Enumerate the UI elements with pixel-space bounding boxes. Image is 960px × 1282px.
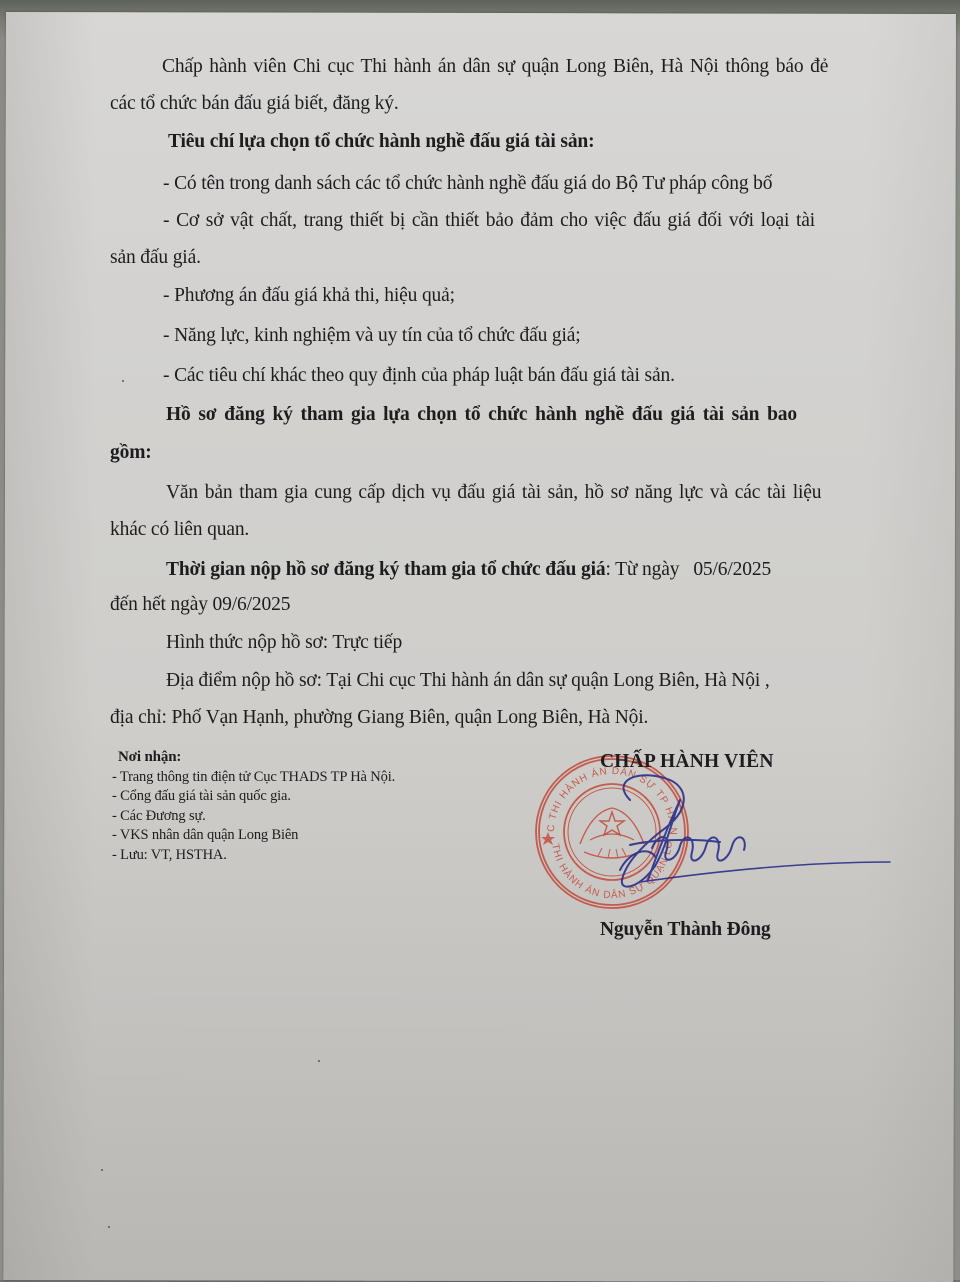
criteria-item: - Năng lực, kinh nghiệm và uy tín của tổ…: [163, 324, 581, 348]
dossier-body-line-1: Văn bản tham gia cung cấp dịch vụ đấu gi…: [166, 481, 821, 505]
document-page: Chấp hành viên Chi cục Thi hành án dân s…: [0, 0, 960, 1280]
criteria-heading: Tiêu chí lựa chọn tổ chức hành nghề đấu …: [168, 130, 594, 154]
submission-time: Thời gian nộp hồ sơ đăng ký tham gia tổ …: [166, 558, 771, 582]
recipients-title: Nơi nhận:: [112, 748, 395, 768]
criteria-item: - Phương án đấu giá khả thi, hiệu quả;: [163, 284, 455, 308]
paper-speck: [318, 1060, 320, 1062]
handwritten-signature-icon: [600, 770, 900, 900]
dossier-heading-line-2: gồm:: [110, 441, 152, 465]
dossier-heading-line-1: Hồ sơ đăng ký tham gia lựa chọn tổ chức …: [166, 403, 797, 427]
paper-speck: [122, 380, 124, 382]
recipient-item: - Lưu: VT, HSTHA.: [112, 846, 395, 866]
paper-speck: [101, 1169, 103, 1171]
recipient-item: - VKS nhân dân quận Long Biên: [112, 826, 395, 846]
intro-line-2: các tổ chức bán đấu giá biết, đăng ký.: [110, 92, 399, 116]
submission-place-line-2: địa chỉ: Phố Vạn Hạnh, phường Giang Biên…: [110, 706, 648, 730]
submission-method: Hình thức nộp hồ sơ: Trực tiếp: [166, 631, 402, 655]
paper-speck: [108, 1226, 110, 1228]
recipient-item: - Các Đương sự.: [112, 807, 395, 827]
criteria-item: - Các tiêu chí khác theo quy định của ph…: [163, 364, 675, 388]
submission-time-from-text: : Từ ngày: [605, 559, 679, 580]
recipient-item: - Cổng đấu giá tài sản quốc gia.: [112, 787, 395, 807]
submission-to-date: đến hết ngày 09/6/2025: [110, 593, 290, 617]
submission-time-label: Thời gian nộp hồ sơ đăng ký tham gia tổ …: [166, 559, 605, 580]
criteria-item-continuation: sản đấu giá.: [110, 246, 201, 270]
recipients-block: Nơi nhận: - Trang thông tin điện tử Cục …: [112, 748, 395, 865]
signer-name: Nguyễn Thành Đông: [600, 919, 771, 941]
submission-from-date: 05/6/2025: [693, 559, 771, 580]
criteria-item: - Có tên trong danh sách các tổ chức hàn…: [163, 172, 772, 196]
recipient-item: - Trang thông tin điện tử Cục THADS TP H…: [112, 768, 395, 788]
dossier-body-line-2: khác có liên quan.: [110, 518, 249, 542]
criteria-item: - Cơ sở vật chất, trang thiết bị cần thi…: [163, 209, 815, 233]
intro-line-1: Chấp hành viên Chi cục Thi hành án dân s…: [162, 55, 828, 79]
submission-place-line-1: Địa điểm nộp hồ sơ: Tại Chi cục Thi hành…: [166, 669, 770, 693]
